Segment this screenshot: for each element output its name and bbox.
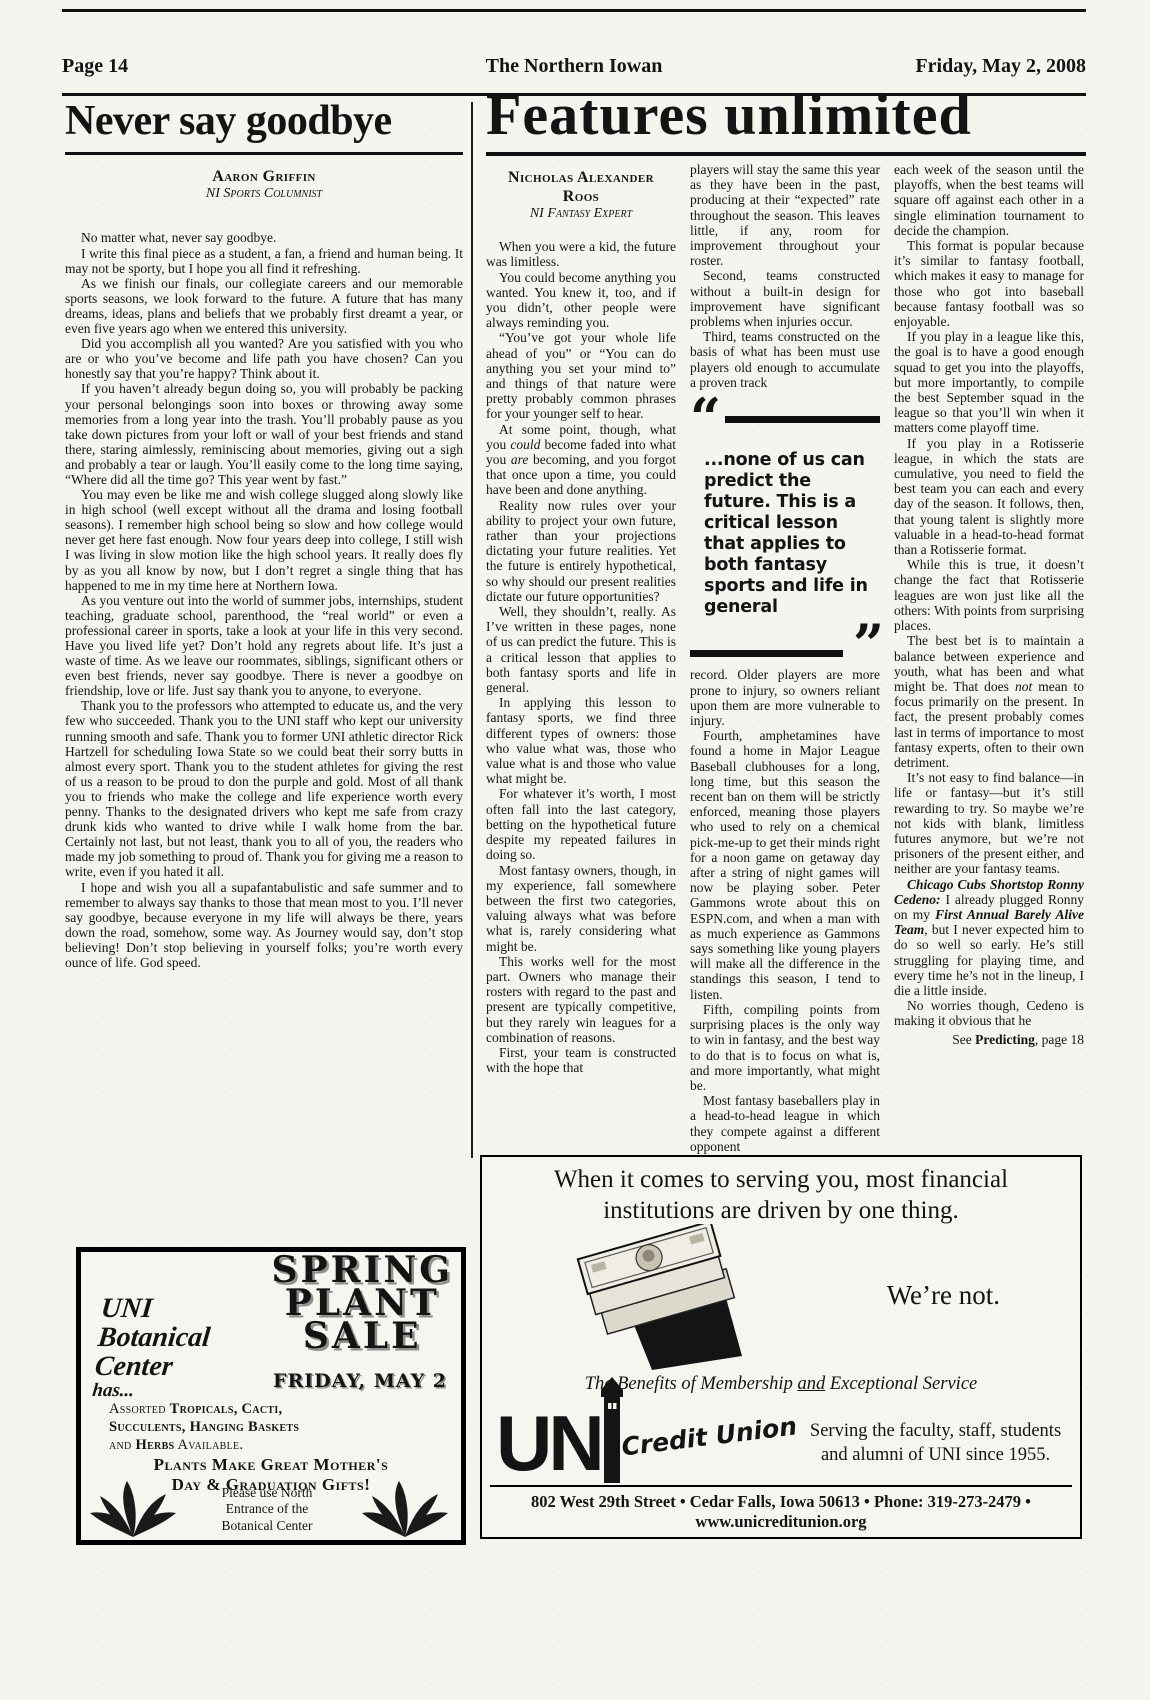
paragraph: When you were a kid, the future was limi… [486,239,676,269]
paragraph: Fourth, amphetamines have found a home i… [690,728,880,1002]
paragraph: record. Older players are more prone to … [690,667,880,728]
paragraph: Chicago Cubs Shortstop Ronny Cedeno: I a… [894,877,1084,999]
byline-role: NI Fantasy Expert [486,206,676,223]
paragraph: No worries though, Cedeno is making it o… [894,998,1084,1028]
paragraph: players will stay the same this year as … [690,162,880,268]
article-headline: Features unlimited [486,86,1086,144]
continuation-note: See Predicting, page 18 [894,1032,1084,1047]
money-stack-image [566,1224,766,1374]
byline-author-line2: Roos [486,187,676,206]
paragraph: I hope and wish you all a supafantabulis… [65,880,463,971]
sale-line3: SALE [272,1320,453,1353]
open-quote-icon: “ [690,404,717,434]
paragraph: If you haven’t already begun doing so, y… [65,381,463,487]
close-quote-icon: ” [853,630,880,660]
botanical-footer: Please use North Entrance of the Botanic… [87,1480,455,1538]
address-line: 802 West 29th Street • Cedar Falls, Iowa… [490,1485,1072,1532]
ad-headline: When it comes to serving you, most finan… [482,1165,1080,1226]
paragraph: Most fantasy owners, though, in my exper… [486,863,676,954]
pull-quote-top: “ [690,404,880,434]
paragraph: You could become anything you wanted. Yo… [486,270,676,331]
byline-role: NI Sports Columnist [65,186,463,202]
items-line1: Assorted Tropicals, Cacti, [109,1400,299,1418]
paragraph: As you venture out into the world of sum… [65,593,463,699]
headline-underline-rule [65,152,463,155]
paragraph: As we finish our finals, our collegiate … [65,276,463,336]
tagline-post: Exceptional Service [825,1374,977,1394]
paragraph: At some point, though, what you could be… [486,422,676,498]
byline: Aaron Griffin NI Sports Columnist [65,168,463,202]
botanical-org-name: UNI Botanical Center has... [91,1294,214,1401]
paragraph: No matter what, never say goodbye. [65,230,463,245]
paragraph: Second, teams constructed without a buil… [690,268,880,329]
items-line3: and Herbs Available. [109,1436,299,1454]
paragraph: Reality now rules over your ability to p… [486,498,676,604]
ad-middle: We’re not. [482,1226,1080,1372]
features-column-1: Nicholas Alexander Roos NI Fantasy Exper… [486,162,676,1154]
paragraph: I write this final piece as a student, a… [65,246,463,276]
article-never-say-goodbye: Never say goodbye Aaron Griffin NI Sport… [65,100,463,970]
paragraph: “You’ve got your whole life ahead of you… [486,330,676,421]
credit-union-logo: UN Credit Union Serving the faculty, sta… [482,1395,1080,1489]
tagline-and: and [797,1374,825,1394]
article-headline: Never say goodbye [65,100,463,142]
column-body: each week of the season until the playof… [894,162,1084,1029]
newspaper-page: Page 14 The Northern Iowan Friday, May 2… [0,0,1150,1700]
entrance-note: Please use North Entrance of the Botanic… [208,1485,326,1538]
sale-date: FRIDAY, MAY 2 [273,1370,447,1392]
paragraph: Most fantasy baseballers play in a head-… [690,1093,880,1154]
article-body: No matter what, never say goodbye.I writ… [65,230,463,970]
pull-quote-bottom: ” [690,630,880,660]
paragraph: It’s not easy to find balance—in life or… [894,770,1084,876]
paragraph: You may even be like me and wish college… [65,487,463,593]
paragraph: If you play in a league like this, the g… [894,329,1084,435]
ad-uni-credit-union: When it comes to serving you, most finan… [480,1155,1082,1539]
headline-underline-rule [486,152,1086,156]
serving-statement: Serving the faculty, staff, students and… [797,1419,1066,1467]
org-line2: Botanical [97,1323,212,1352]
pull-quote: “ ...none of us can predict the future. … [690,404,880,659]
paragraph: This works well for the most part. Owner… [486,954,676,1045]
features-column-3: each week of the season until the playof… [894,162,1084,1154]
org-has: has... [91,1381,205,1401]
org-line1: UNI [100,1294,215,1323]
org-line3: Center [93,1352,208,1381]
column-body: When you were a kid, the future was limi… [486,239,676,1075]
top-border-rule [62,9,1086,12]
sale-items: Assorted Tropicals, Cacti, Succulents, H… [109,1400,299,1454]
paragraph: In applying this lesson to fantasy sport… [486,695,676,786]
paragraph: If you play in a Rotisserie league, in w… [894,436,1084,558]
paragraph: Fifth, compiling points from surprising … [690,1002,880,1093]
features-column-2: players will stay the same this year as … [690,162,880,1154]
paragraph: This format is popular because it’s simi… [894,238,1084,329]
paper-title: The Northern Iowan [62,55,1086,78]
paragraph: For whatever it’s worth, I most often fa… [486,786,676,862]
pull-quote-text: ...none of us can predict the future. Th… [690,434,880,630]
campanile-tower-icon [599,1377,625,1483]
byline-author: Aaron Griffin [65,168,463,186]
gifts-line1: Plants Make Great Mother's [81,1455,461,1475]
paragraph: Did you accomplish all you wanted? Are y… [65,336,463,381]
byline: Nicholas Alexander Roos NI Fantasy Exper… [486,168,676,223]
column-body-top: players will stay the same this year as … [690,162,880,390]
ad-tagline: The Benefits of Membership and Exception… [482,1374,1080,1395]
items-line2: Succulents, Hanging Baskets [109,1418,299,1436]
paragraph: The best bet is to maintain a balance be… [894,633,1084,770]
column-divider-rule [471,102,473,1158]
ad-botanical-center: UNI Botanical Center has... SPRING PLANT… [76,1247,466,1545]
masthead: Page 14 The Northern Iowan Friday, May 2… [62,55,1086,78]
paragraph: Thank you to the professors who attempte… [65,698,463,879]
column-body-bottom: record. Older players are more prone to … [690,667,880,1154]
plant-engraving-left-icon [87,1480,179,1538]
plant-engraving-right-icon [355,1480,455,1538]
article-columns: Nicholas Alexander Roos NI Fantasy Exper… [486,162,1086,1154]
ad-response: We’re not. [887,1280,1000,1311]
paragraph: While this is true, it doesn’t change th… [894,557,1084,633]
paragraph: Well, they shouldn’t, really. As I’ve wr… [486,604,676,695]
byline-author-line1: Nicholas Alexander [486,168,676,187]
pull-quote-top-bar [725,416,880,423]
paragraph: First, your team is constructed with the… [486,1045,676,1075]
logo-uni-text: UN [496,1410,601,1476]
paragraph: each week of the season until the playof… [894,162,1084,238]
article-features-unlimited: Features unlimited Nicholas Alexander Ro… [486,86,1086,1154]
paragraph: Third, teams constructed on the basis of… [690,329,880,390]
pull-quote-bottom-bar [690,650,843,657]
logo-script-text: Credit Union [620,1411,799,1461]
sale-title: SPRING PLANT SALE [272,1254,453,1353]
